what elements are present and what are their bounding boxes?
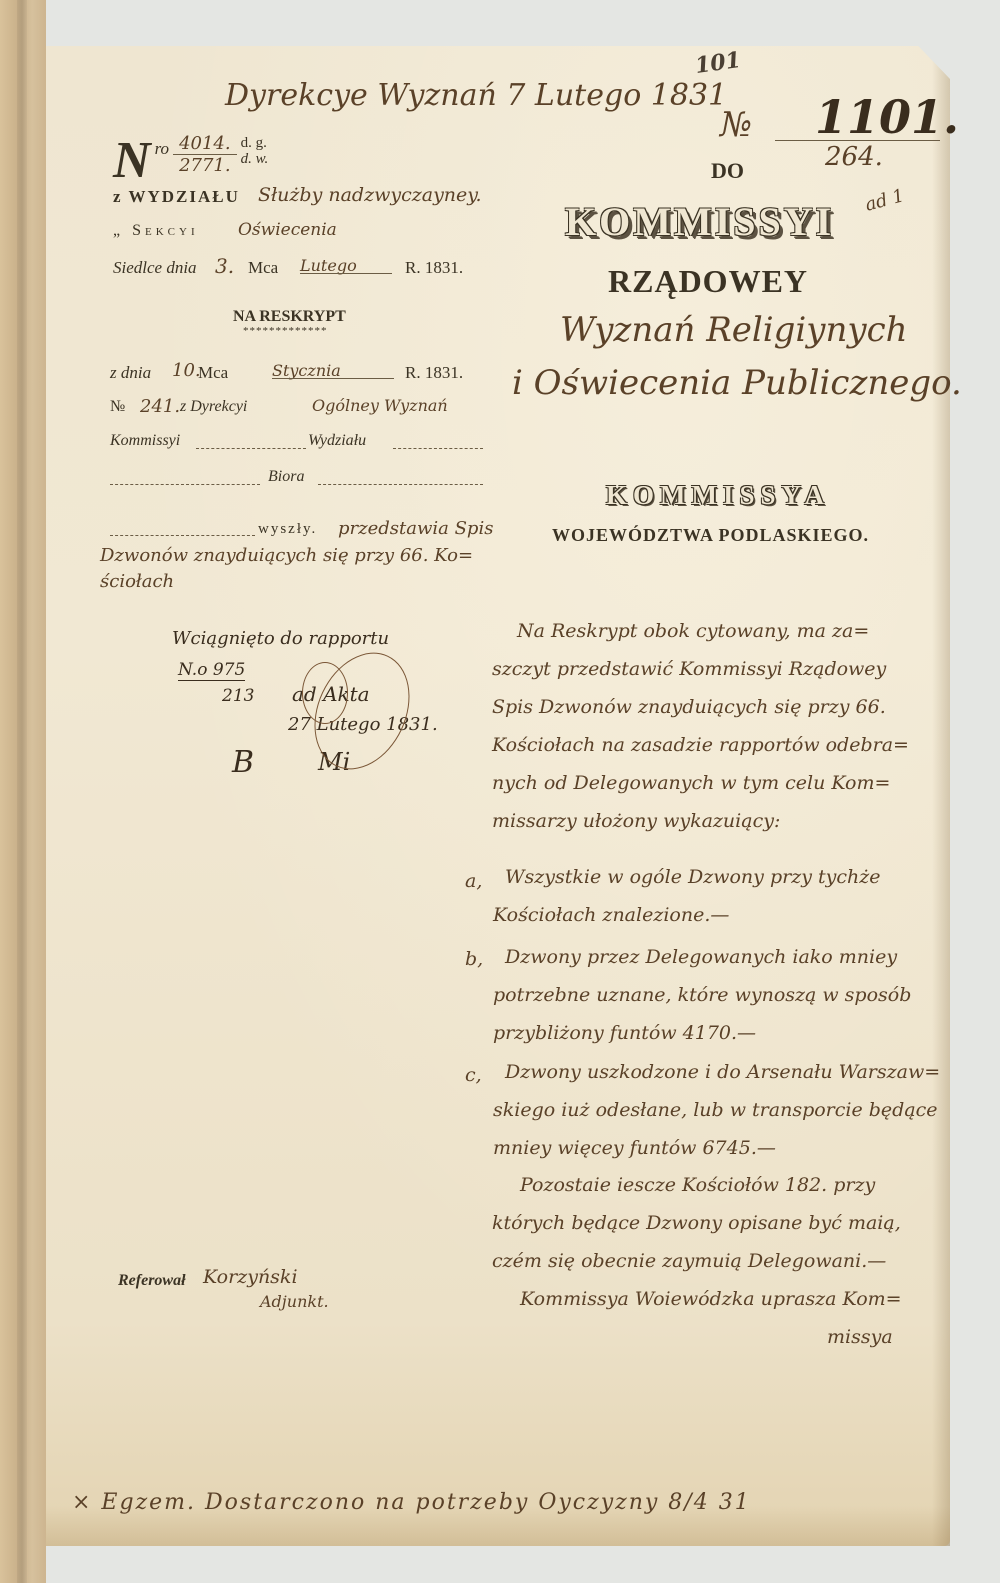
reskrypt-title: NA RESKRYPT (233, 308, 346, 326)
wyszly-label: wyszły. (258, 521, 317, 538)
resk-year-label: R. 1831. (405, 363, 463, 383)
closing-line: których będące Dzwony opisane być maią, (492, 1204, 902, 1242)
item-a-marker: a, (465, 870, 482, 892)
resk-month-rule (272, 378, 394, 379)
intro-line: Kościołach na zasadzie rapportów odebra= (492, 726, 909, 764)
registry-line-3: 213 (222, 686, 254, 706)
header-rule (775, 140, 940, 141)
item-line: Dzwony przez Delegowanych iako mniey (505, 938, 911, 976)
year-label: R. 1831. (405, 258, 463, 278)
resk-day-label: z dnia (110, 363, 151, 383)
item-c: Dzwony uszkodzone i do Arsenału Warszaw=… (505, 1053, 940, 1167)
item-a: Wszystkie w ogóle Dzwony przy tychże Koś… (505, 858, 880, 934)
closing-line: czém się obecnie zaymuią Delegowani.— (492, 1242, 902, 1280)
item-b: Dzwony przez Delegowanych iako mniey pot… (505, 938, 911, 1052)
intro-line: nych od Delegowanych w tym celu Kom= (492, 764, 909, 802)
biora-line-right (318, 484, 483, 485)
biora-label: Biora (268, 468, 304, 486)
kommissyi-line (196, 448, 306, 449)
main-number: 1101. (815, 90, 959, 144)
dyrekcyi-value: Ogólney Wyznań (312, 396, 448, 415)
item-line: skiego iuż odesłane, lub w transporcie b… (493, 1091, 940, 1129)
item-b-marker: b, (465, 948, 483, 970)
item-line: potrzebne uznane, które wynoszą w sposób (493, 976, 911, 1014)
closing-line: Pozostaie iescze Kościołów 182. przy (492, 1166, 902, 1204)
script-line-2: i Oświecenia Publicznego. (512, 363, 962, 403)
item-line: Dzwony uszkodzone i do Arsenału Warszaw= (505, 1053, 940, 1091)
referent-name: Korzyński (203, 1266, 298, 1288)
item-line: przybliżony funtów 4170.— (493, 1014, 911, 1052)
resk-no-label: № (110, 398, 125, 416)
item-line: Wszystkie w ogóle Dzwony przy tychże (505, 858, 880, 896)
wydzialu-value: Służby nadzwyczayney. (258, 184, 482, 206)
resk-no-value: 241. (140, 396, 180, 417)
intro-line: Na Reskrypt obok cytowany, ma za= (492, 612, 909, 650)
subject-line-3: ściołach (100, 571, 174, 592)
reference-number-block: N ro 4014. 2771. d. g. d. w. (113, 135, 268, 187)
referent-label: Referował (118, 1272, 186, 1290)
number-top: 4014. (173, 133, 237, 155)
number-label: N (113, 132, 151, 189)
body-intro: Na Reskrypt obok cytowany, ma za= szczyt… (492, 612, 909, 840)
number-superscript: ro (155, 139, 170, 158)
registry-line-1: Wciągnięto do rapportu (172, 628, 389, 649)
referent-title: Adjunkt. (260, 1292, 329, 1311)
biora-line-left (110, 484, 260, 485)
handwritten-header: Dyrekcye Wyznań 7 Lutego 1831 (225, 78, 727, 113)
wyszly-line (110, 535, 255, 536)
month-label: Mca (248, 258, 278, 278)
place-label: Siedlce dnia (113, 258, 197, 278)
binding-shadow (17, 0, 27, 1583)
number-bottom: 2771. (173, 155, 237, 176)
item-line: Kościołach znalezione.— (493, 896, 880, 934)
sekcyi-value: Oświecenia (238, 220, 337, 240)
resk-month-label: Mca (198, 363, 228, 383)
dw-label: d. w. (241, 151, 269, 167)
closing-line: missya (492, 1318, 902, 1356)
day-value: 3. (215, 254, 234, 278)
initials-left: B (232, 745, 254, 780)
subject-line-1: przedstawia Spis (338, 518, 493, 539)
heading-wojewodztwa: WOJEWÓDZTWA PODLASKIEGO. (552, 525, 869, 546)
item-line: mniey więcey funtów 6745.— (493, 1129, 940, 1167)
wydzialu2-label: Wydziału (308, 432, 366, 450)
script-line-1: Wyznań Religiynych (560, 310, 908, 350)
intro-line: missarzy ułożony wykazuiący: (492, 802, 909, 840)
sheet-edge-shadow (932, 46, 950, 1546)
subject-line-2: Dzwonów znayduiących się przy 66. Ko= (100, 545, 473, 566)
kommissyi-label: Kommissyi (110, 432, 180, 450)
heading-rzadowey: RZĄDOWEY (608, 263, 808, 300)
intro-line: szczyt przedstawić Kommissyi Rządowey (492, 650, 909, 688)
registry-line-2: N.o 975 (178, 660, 245, 681)
sub-number: 264. (825, 142, 883, 172)
month-rule (300, 273, 392, 274)
dg-label: d. g. (241, 135, 269, 151)
adjacent-page-binding (0, 0, 46, 1583)
closing-line: Kommissya Woiewódzka upraszа Kom= (492, 1280, 902, 1318)
sekcyi-label: „ Sekcyi (113, 222, 199, 240)
main-number-prefix: № (720, 105, 752, 145)
wydzialu2-line (393, 448, 483, 449)
heading-do: DO (711, 158, 744, 184)
dyrekcyi-label: z Dyrekcyi (180, 398, 247, 416)
item-c-marker: c, (465, 1064, 482, 1086)
wydzialu-label: z WYDZIAŁU (113, 187, 240, 207)
reskrypt-stars: ************* (243, 325, 328, 337)
body-closing: Pozostaie iescze Kościołów 182. przy któ… (492, 1166, 902, 1356)
footer-note: × Egzem. Dostarczono na potrzeby Oyczyzn… (72, 1490, 751, 1515)
heading-kommissyi: KOMMISSYI (565, 198, 834, 245)
heading-kommissya: KOMMISSYA (606, 480, 830, 511)
intro-line: Spis Dzwonów znayduiących się przy 66. (492, 688, 909, 726)
resk-day-value: 10. (172, 360, 201, 381)
